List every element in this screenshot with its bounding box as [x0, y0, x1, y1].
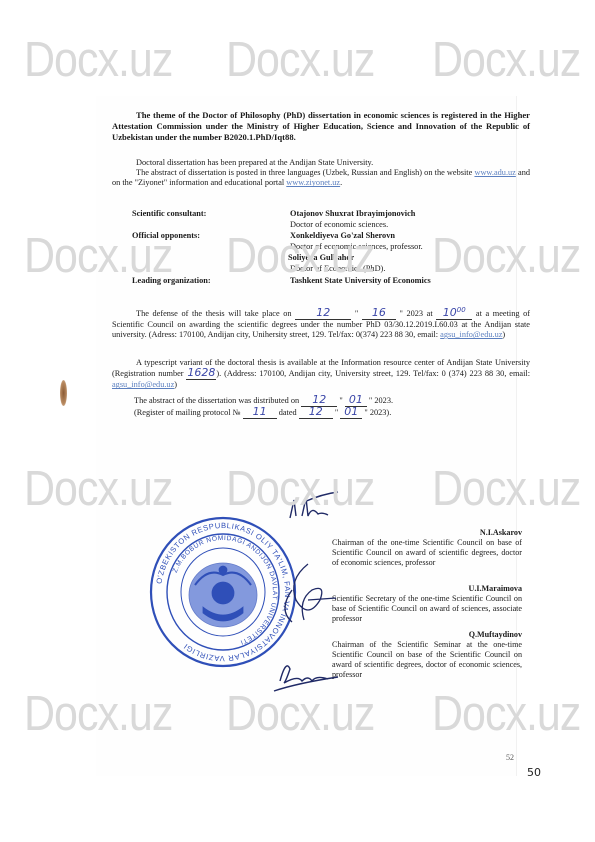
distribution-line: The abstract of the dissertation was dis… — [134, 395, 534, 407]
distribution-day: 12 — [312, 393, 326, 406]
signatory-2: U.I.Maraimova Scientific Secretary of th… — [332, 584, 522, 624]
defense-month: 16 — [372, 306, 386, 319]
register-line: (Register of mailing protocol № 11 dated… — [134, 407, 534, 419]
defense-email-link[interactable]: agsu_info@edu.uz — [440, 330, 502, 339]
typescript-suffix: ). (Address: 170100, Andijan city, Unive… — [216, 369, 530, 378]
prepared-line2: The abstract of dissertation is posted i… — [112, 168, 530, 188]
opponent1-title: Doctor of economic sciences, professor. — [290, 242, 423, 251]
defense-time-field: 1000 — [436, 305, 472, 320]
signature-muftaydinov — [268, 655, 340, 695]
signatory-role: Chairman of the Scientific Seminar at th… — [332, 640, 522, 680]
dated-day-field: 12 — [299, 407, 333, 419]
registration-paragraph: The theme of the Doctor of Philosophy (P… — [112, 110, 530, 143]
signatory-3: Q.Muftaydinov Chairman of the Scientific… — [332, 630, 522, 680]
signatory-name: U.I.Maraimova — [332, 584, 522, 594]
dated-day: 12 — [309, 405, 323, 418]
consultant-label: Scientific consultant: — [132, 209, 206, 218]
prepared-line2-prefix: The abstract of dissertation is posted i… — [136, 168, 472, 177]
leading-name: Tashkent State University of Economics — [290, 276, 431, 285]
distribution-year: " 2023. — [369, 396, 393, 405]
consultant-name: Otajonov Shuxrat Ibrayimjonovich — [290, 209, 415, 218]
typescript-email-link[interactable]: agsu_info@edu.uz — [112, 380, 174, 389]
signatory-1: N.I.Askarov Chairman of the one-time Sci… — [332, 528, 522, 568]
coat-of-arms-icon — [189, 563, 257, 627]
signatory-role: Scientific Secretary of the one-time Sci… — [332, 594, 522, 624]
defense-day-field: 12 — [295, 308, 351, 320]
prepared-line1: Doctoral dissertation has been prepared … — [112, 158, 530, 168]
website-link[interactable]: www.adu.uz — [474, 168, 515, 177]
signature-askarov — [282, 488, 342, 526]
register-number: 11 — [253, 405, 267, 418]
watermark: Docx.uz — [226, 32, 374, 88]
register-number-field: 11 — [243, 407, 277, 419]
distribution-month: 01 — [349, 393, 363, 406]
opponents-label: Official opponents: — [132, 231, 200, 240]
defense-hour: 10 — [443, 306, 457, 319]
defense-day: 12 — [316, 306, 330, 319]
signatory-name: Q.Muftaydinov — [332, 630, 522, 640]
dated-year: " 2023). — [364, 408, 391, 417]
typescript-paragraph: A typescript variant of the doctoral the… — [112, 358, 530, 391]
dated-label: dated — [279, 408, 297, 417]
defense-close: ) — [502, 330, 505, 339]
defense-paragraph: The defense of the thesis will take plac… — [112, 305, 530, 340]
watermark: Docx.uz — [24, 32, 172, 88]
distribution-prefix: The abstract of the dissertation was dis… — [134, 396, 299, 405]
defense-prefix: The defense of the thesis will take plac… — [136, 309, 292, 318]
prepared-section: Doctoral dissertation has been prepared … — [112, 158, 530, 189]
scan-edge-mark — [60, 380, 67, 406]
opponent2-name: Soliyeva Gulbahor — [288, 253, 354, 262]
registration-text: The theme of the Doctor of Philosophy (P… — [112, 110, 530, 142]
prepared-line2-suffix: . — [340, 178, 342, 187]
opponent2-title: Doctor of Economics (PhD). — [290, 264, 385, 273]
defense-year: " 2023 at — [399, 309, 432, 318]
signature-maraimova — [268, 560, 338, 630]
scanned-page-number: 52 — [506, 753, 514, 762]
watermark: Docx.uz — [432, 32, 580, 88]
dated-month-field: 01 — [340, 407, 362, 419]
consultant-title: Doctor of economic sciences. — [290, 220, 388, 229]
page-number: 50 — [527, 766, 541, 779]
dated-month: 01 — [344, 405, 358, 418]
leading-label: Leading organization: — [132, 276, 211, 285]
signatory-role: Chairman of the one-time Scientific Coun… — [332, 538, 522, 568]
registration-number: 1628 — [187, 366, 215, 379]
distribution-section: The abstract of the dissertation was dis… — [134, 395, 534, 419]
opponent1-name: Xonkeldiyeva Go'zal Sherovn — [290, 231, 395, 240]
portal-link[interactable]: www.ziyonet.uz — [286, 178, 340, 187]
register-prefix: (Register of mailing protocol № — [134, 408, 241, 417]
typescript-close: ) — [174, 380, 177, 389]
registration-number-field: 1628 — [186, 368, 216, 380]
defense-minutes: 00 — [457, 306, 466, 314]
signatory-name: N.I.Askarov — [332, 528, 522, 538]
defense-month-field: 16 — [362, 308, 396, 320]
